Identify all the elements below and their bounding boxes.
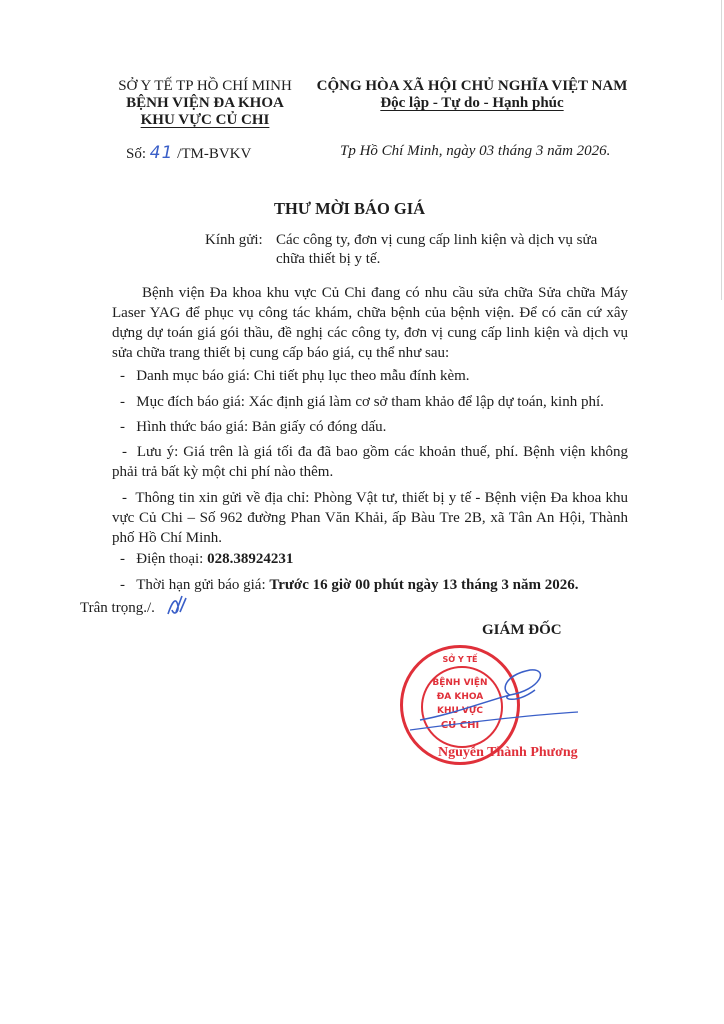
signature-scribble-icon [410,660,580,740]
recipient-label: Kính gửi: [205,231,263,250]
recipient-text: Các công ty, đơn vị cung cấp linh kiện v… [276,231,597,269]
closing: Trân trọng./. [80,598,155,618]
signer-name: Nguyễn Thành Phương [438,745,578,761]
list-dash: - [122,490,127,506]
header-left: SỞ Y TẾ TP HỒ CHÍ MINH BỆNH VIỆN ĐA KHOA… [100,78,310,129]
list-item-text: Danh mục báo giá: Chi tiết phụ lục theo … [136,368,469,384]
deadline-label: Thời hạn gửi báo giá: [136,577,269,593]
hospital-name: BỆNH VIỆN ĐA KHOA [100,95,310,112]
list-dash: - [120,551,125,567]
phone-number: 028.38924231 [207,551,293,567]
date-line: Tp Hồ Chí Minh, ngày 03 tháng 3 năm 2026… [340,143,610,160]
hospital-region: KHU VỰC CỦ CHI [100,112,310,129]
list-dash: - [120,419,125,435]
phone-line: - Điện thoại: 028.38924231 [120,549,293,569]
deadline-value: Trước 16 giờ 00 phút ngày 13 tháng 3 năm… [269,577,578,593]
doc-number: Số: 41 /TM-BVKV [126,143,251,163]
list-item-text: Mục đích báo giá: Xác định giá làm cơ sở… [136,394,604,410]
closing-text: Trân trọng./. [80,600,155,616]
header-right: CỘNG HÒA XÃ HỘI CHỦ NGHĨA VIỆT NAM Độc l… [312,78,632,112]
address-paragraph: - Thông tin xin gửi về địa chỉ: Phòng Vậ… [112,488,628,548]
list-item: - Hình thức báo giá: Bản giấy có đóng dấ… [120,417,630,437]
intro-paragraph: Bệnh viện Đa khoa khu vực Củ Chi đang có… [112,283,628,363]
recipient-line-1: Các công ty, đơn vị cung cấp linh kiện v… [276,231,597,250]
country-name: CỘNG HÒA XÃ HỘI CHỦ NGHĨA VIỆT NAM [312,78,632,95]
motto-text: Độc lập - Tự do - Hạnh phúc [380,95,563,111]
phone-label: Điện thoại: [136,551,207,567]
list-dash: - [120,394,125,410]
address-text: Thông tin xin gửi về địa chỉ: Phòng Vật … [112,490,628,546]
list-dash: - [122,444,127,460]
deadline-line: - Thời hạn gửi báo giá: Trước 16 giờ 00 … [120,575,579,595]
ministry-name: SỞ Y TẾ TP HỒ CHÍ MINH [100,78,310,95]
initials-mark-icon [164,592,188,620]
note-paragraph: - Lưu ý: Giá trên là giá tối đa đã bao g… [112,442,628,482]
list-dash: - [120,577,125,593]
doc-number-label: Số: [126,146,146,162]
motto: Độc lập - Tự do - Hạnh phúc [312,95,632,112]
signer-position: GIÁM ĐỐC [482,622,562,639]
list-item: - Danh mục báo giá: Chi tiết phụ lục the… [120,366,630,386]
list-dash: - [120,368,125,384]
document-title: THƯ MỜI BÁO GIÁ [274,199,425,219]
hospital-region-text: KHU VỰC CỦ CHI [141,112,270,128]
list-item-text: Hình thức báo giá: Bản giấy có đóng dấu. [136,419,386,435]
list-item: - Mục đích báo giá: Xác định giá làm cơ … [120,392,630,412]
page-edge [721,0,722,300]
note-text: Lưu ý: Giá trên là giá tối đa đã bao gồm… [112,444,628,480]
recipient-line-2: chữa thiết bị y tế. [276,250,597,269]
doc-number-handwritten: 41 [150,143,174,163]
doc-number-suffix: /TM-BVKV [177,146,251,162]
